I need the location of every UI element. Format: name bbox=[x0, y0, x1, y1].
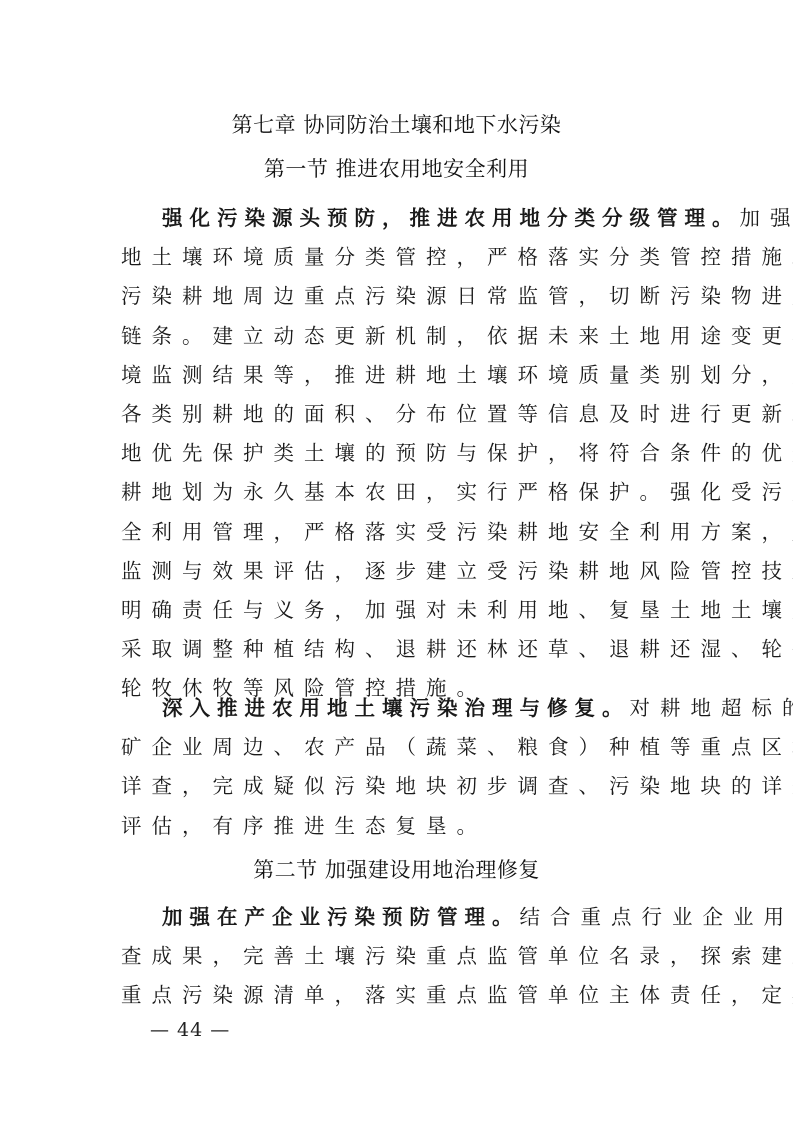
paragraph-line: 详查，完成疑似污染地块初步调查、污染地块的详查和风险 bbox=[121, 767, 672, 806]
chapter-title: 第七章 协同防治土壤和地下水污染 bbox=[0, 110, 793, 140]
paragraph-line: 查成果，完善土壤污染重点监管单位名录，探索建立地下水 bbox=[121, 937, 672, 976]
paragraph-line: 链条。建立动态更新机制，依据未来土地用途变更、土壤环 bbox=[121, 317, 672, 356]
paragraph-line: 境监测结果等，推进耕地土壤环境质量类别划分，并对全县 bbox=[121, 356, 672, 395]
paragraph-line: 污染耕地周边重点污染源日常监管，切断污染物进入农田的 bbox=[121, 277, 672, 316]
paragraph-line: 各类别耕地的面积、分布位置等信息及时进行更新。加强耕 bbox=[121, 395, 672, 434]
paragraph-line: 深入推进农用地土壤污染治理与修复。对耕地超标的工 bbox=[121, 689, 672, 728]
paragraph-line: 地优先保护类土壤的预防与保护，将符合条件的优先保护类 bbox=[121, 434, 672, 473]
section-title-1: 第一节 推进农用地安全利用 bbox=[0, 154, 793, 184]
paragraph-line: 采取调整种植结构、退耕还林还草、退耕还湿、轮作休耕、 bbox=[121, 630, 672, 669]
paragraph-line: 加强在产企业污染预防管理。结合重点行业企业用地详 bbox=[121, 898, 672, 937]
paragraph-bold-lead: 强化污染源头预防，推进农用地分类分级管理。 bbox=[162, 206, 740, 230]
section-title-2: 第二节 加强建设用地治理修复 bbox=[0, 855, 793, 885]
paragraph-line: 耕地划为永久基本农田，实行严格保护。强化受污染耕地安 bbox=[121, 473, 672, 512]
paragraph-bold-lead: 深入推进农用地土壤污染治理与修复。 bbox=[162, 696, 630, 720]
paragraph-line: 强化污染源头预防，推进农用地分类分级管理。加强耕 bbox=[121, 199, 672, 238]
document-page: 第七章 协同防治土壤和地下水污染 第一节 推进农用地安全利用 强化污染源头预防，… bbox=[0, 0, 793, 1122]
paragraph-bold-lead: 加强在产企业污染预防管理。 bbox=[162, 905, 520, 929]
paragraph-line: 重点污染源清单，落实重点监管单位主体责任，定期开展土 bbox=[121, 976, 672, 1015]
page-number: — 44 — bbox=[150, 1018, 230, 1042]
paragraph-line: 明确责任与义务，加强对未利用地、复垦土地土壤风险管控， bbox=[121, 591, 672, 630]
paragraph-line: 地土壤环境质量分类管控，严格落实分类管控措施。加强受 bbox=[121, 238, 672, 277]
paragraph-enterprise-pollution: 加强在产企业污染预防管理。结合重点行业企业用地详 查成果，完善土壤污染重点监管单… bbox=[121, 898, 672, 1016]
paragraph-farmland-classification: 强化污染源头预防，推进农用地分类分级管理。加强耕 地土壤环境质量分类管控，严格落… bbox=[121, 199, 672, 708]
paragraph-line: 评估，有序推进生态复垦。 bbox=[121, 807, 672, 846]
paragraph-line: 全利用管理，严格落实受污染耕地安全利用方案，加强跟踪 bbox=[121, 513, 672, 552]
paragraph-line: 矿企业周边、农产品（蔬菜、粮食）种植等重点区域进一步 bbox=[121, 728, 672, 767]
paragraph-line: 监测与效果评估，逐步建立受污染耕地风险管控技术体系。 bbox=[121, 552, 672, 591]
paragraph-farmland-remediation: 深入推进农用地土壤污染治理与修复。对耕地超标的工 矿企业周边、农产品（蔬菜、粮食… bbox=[121, 689, 672, 846]
